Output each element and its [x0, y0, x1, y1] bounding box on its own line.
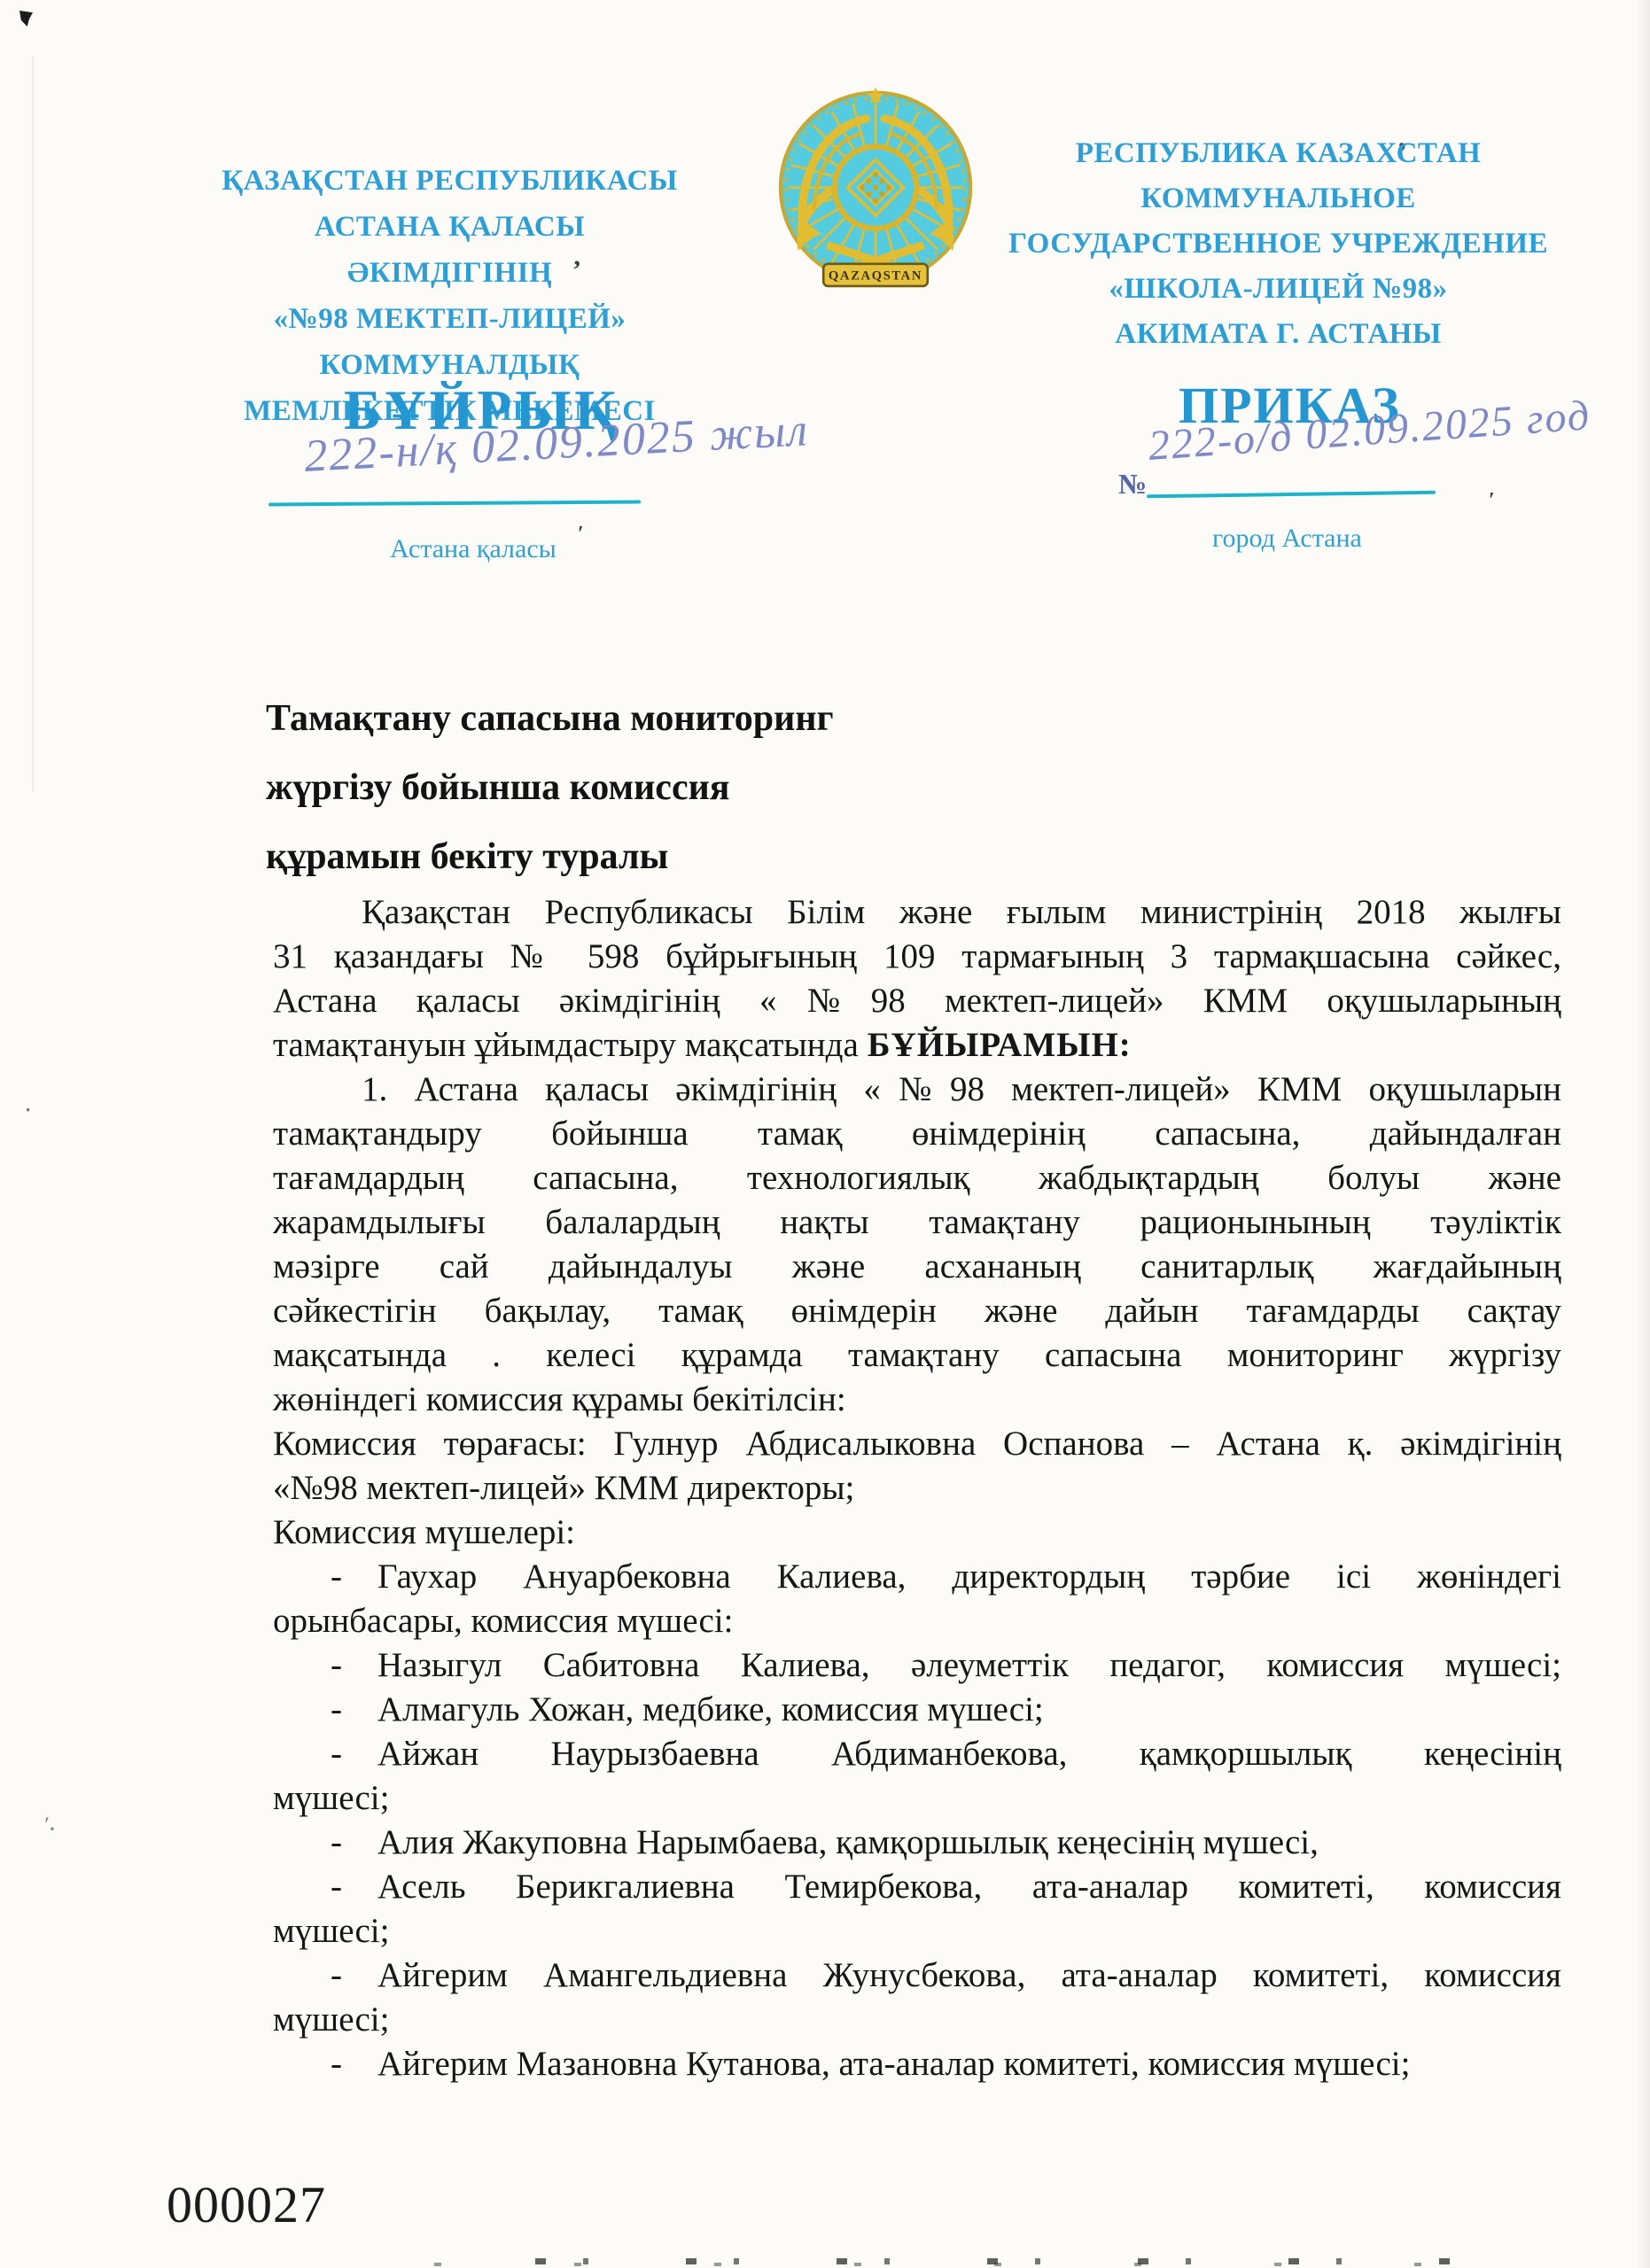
- body-line: тағамдардың сапасына, технологиялық жабд…: [273, 1156, 1561, 1200]
- scan-speck: ·: [25, 1099, 31, 1122]
- order-number-line-kk: [269, 501, 641, 507]
- body-line: Қазақстан Республикасы Білім және ғылым …: [273, 890, 1561, 935]
- scan-speck: ′: [578, 523, 584, 547]
- org-kk-line: ӘКІМДІГІНІҢ: [155, 250, 744, 296]
- body-line: мақсатында . келесі құрамда тамақтану са…: [273, 1333, 1561, 1378]
- body-line: мәзірге сай дайындалуы және асхананың са…: [273, 1245, 1561, 1289]
- order-number-line-ru: [1147, 491, 1436, 499]
- scanned-order-document: { "document": { "header": { "org_kk_line…: [0, 0, 1650, 2268]
- body-line: мүшесі;: [273, 1776, 1561, 1821]
- body-line: тамақтандыру бойынша тамақ өнімдерінің с…: [273, 1112, 1561, 1156]
- body-line: сәйкестігін бақылау, тамақ өнімдерін жән…: [273, 1289, 1561, 1333]
- body-line commission-member: -Асель Берикгалиевна Темирбекова, ата-ан…: [273, 1865, 1561, 1909]
- kazakhstan-emblem-icon: QAZAQSTAN: [773, 82, 978, 309]
- scan-speck: ′.: [44, 1813, 55, 1836]
- page-number-stamp: 000027: [167, 2175, 326, 2234]
- body-line: Комиссия төрағасы: Гулнур Абдисалыковна …: [273, 1422, 1561, 1466]
- body-line commission-member: -Алмагуль Хожан, медбике, комиссия мүшес…: [273, 1688, 1561, 1732]
- body-line commission-member: -Алия Жакуповна Нарымбаева, қамқоршылық …: [273, 1821, 1561, 1865]
- org-ru-line: ГОСУДАРСТВЕННОЕ УЧРЕЖДЕНИЕ: [1006, 221, 1551, 267]
- org-ru-line: КОММУНАЛЬНОЕ: [1006, 176, 1551, 221]
- subject-line: құрамын бекіту туралы: [266, 822, 886, 891]
- order-subject: Тамақтану сапасына мониторинг жүргізу бо…: [266, 684, 886, 891]
- subject-line: жүргізу бойынша комиссия: [266, 753, 886, 822]
- order-body: Қазақстан Республикасы Білім және ғылым …: [273, 890, 1561, 2086]
- body-line commission-member: -Айгерим Амангельдиевна Жунусбекова, ата…: [273, 1953, 1561, 1998]
- body-line commission-member: -Айжан Наурызбаевна Абдиманбекова, қамқо…: [273, 1732, 1561, 1776]
- scan-artifact-line: [32, 57, 34, 792]
- scan-speck: ′: [1489, 489, 1495, 513]
- body-line: Астана қаласы әкімдігінің «№98 мектеп-ли…: [273, 979, 1561, 1023]
- body-line: 31 қазандағы № 598 бұйрығының 109 тармағ…: [273, 935, 1561, 979]
- scan-artifact-corner: [19, 11, 33, 27]
- emblem-banner-text: QAZAQSTAN: [829, 269, 922, 283]
- body-line: жарамдылығы балалардың нақты тамақтану р…: [273, 1200, 1561, 1245]
- org-ru-line: «ШКОЛА-ЛИЦЕЙ №98»: [1006, 267, 1551, 312]
- list-dash: -: [331, 1688, 342, 1732]
- resolution-word: БҰЙЫРАМЫН:: [868, 1026, 1132, 1064]
- body-line: 1. Астана қаласы әкімдігінің «№98 мектеп…: [273, 1068, 1561, 1112]
- body-line: Комиссия мүшелері:: [273, 1511, 1561, 1555]
- body-line commission-member: -Назыгул Сабитовна Калиева, әлеуметтік п…: [273, 1643, 1561, 1688]
- org-kk-line: «№98 МЕКТЕП-ЛИЦЕЙ» КОММУНАЛДЫҚ: [155, 296, 744, 388]
- body-line: орынбасары, комиссия мүшесі:: [273, 1599, 1561, 1643]
- issue-place-kk: Астана қаласы: [390, 534, 556, 564]
- scan-noise-bottom: [301, 2263, 1542, 2266]
- subject-line: Тамақтану сапасына мониторинг: [266, 684, 886, 753]
- list-dash: -: [331, 1865, 342, 1909]
- body-line: тамақтануын ұйымдастыру мақсатындаБҰЙЫРА…: [273, 1023, 1561, 1068]
- body-line commission-member: -Гаухар Ануарбековна Калиева, директорды…: [273, 1555, 1561, 1599]
- list-dash: -: [331, 1643, 342, 1688]
- body-line: мүшесі;: [273, 1909, 1561, 1953]
- list-dash: -: [331, 1555, 342, 1599]
- body-line: жөніндегі комиссия құрамы бекітілсін:: [273, 1378, 1561, 1422]
- body-line: «№98 мектеп-лицей» КММ директоры;: [273, 1466, 1561, 1511]
- body-line: мүшесі;: [273, 1998, 1561, 2042]
- org-ru-line: РЕСПУБЛИКА КАЗАХСТАН: [1006, 131, 1551, 176]
- scan-artifact-edge: [1636, 0, 1650, 2268]
- list-dash: -: [331, 2042, 342, 2086]
- org-name-russian: РЕСПУБЛИКА КАЗАХСТАН КОММУНАЛЬНОЕ ГОСУДА…: [1006, 131, 1551, 357]
- list-dash: -: [331, 1732, 342, 1776]
- org-ru-line: АКИМАТА Г. АСТАНЫ: [1006, 312, 1551, 357]
- list-dash: -: [331, 1953, 342, 1998]
- org-kk-line: АСТАНА ҚАЛАСЫ: [155, 204, 744, 250]
- org-kk-line: ҚАЗАҚСТАН РЕСПУБЛИКАСЫ: [155, 158, 744, 204]
- body-line commission-member: -Айгерим Мазановна Кутанова, ата-аналар …: [273, 2042, 1561, 2086]
- issue-place-ru: город Астана: [1212, 524, 1362, 554]
- list-dash: -: [331, 1821, 342, 1865]
- number-sign: №: [1118, 468, 1147, 501]
